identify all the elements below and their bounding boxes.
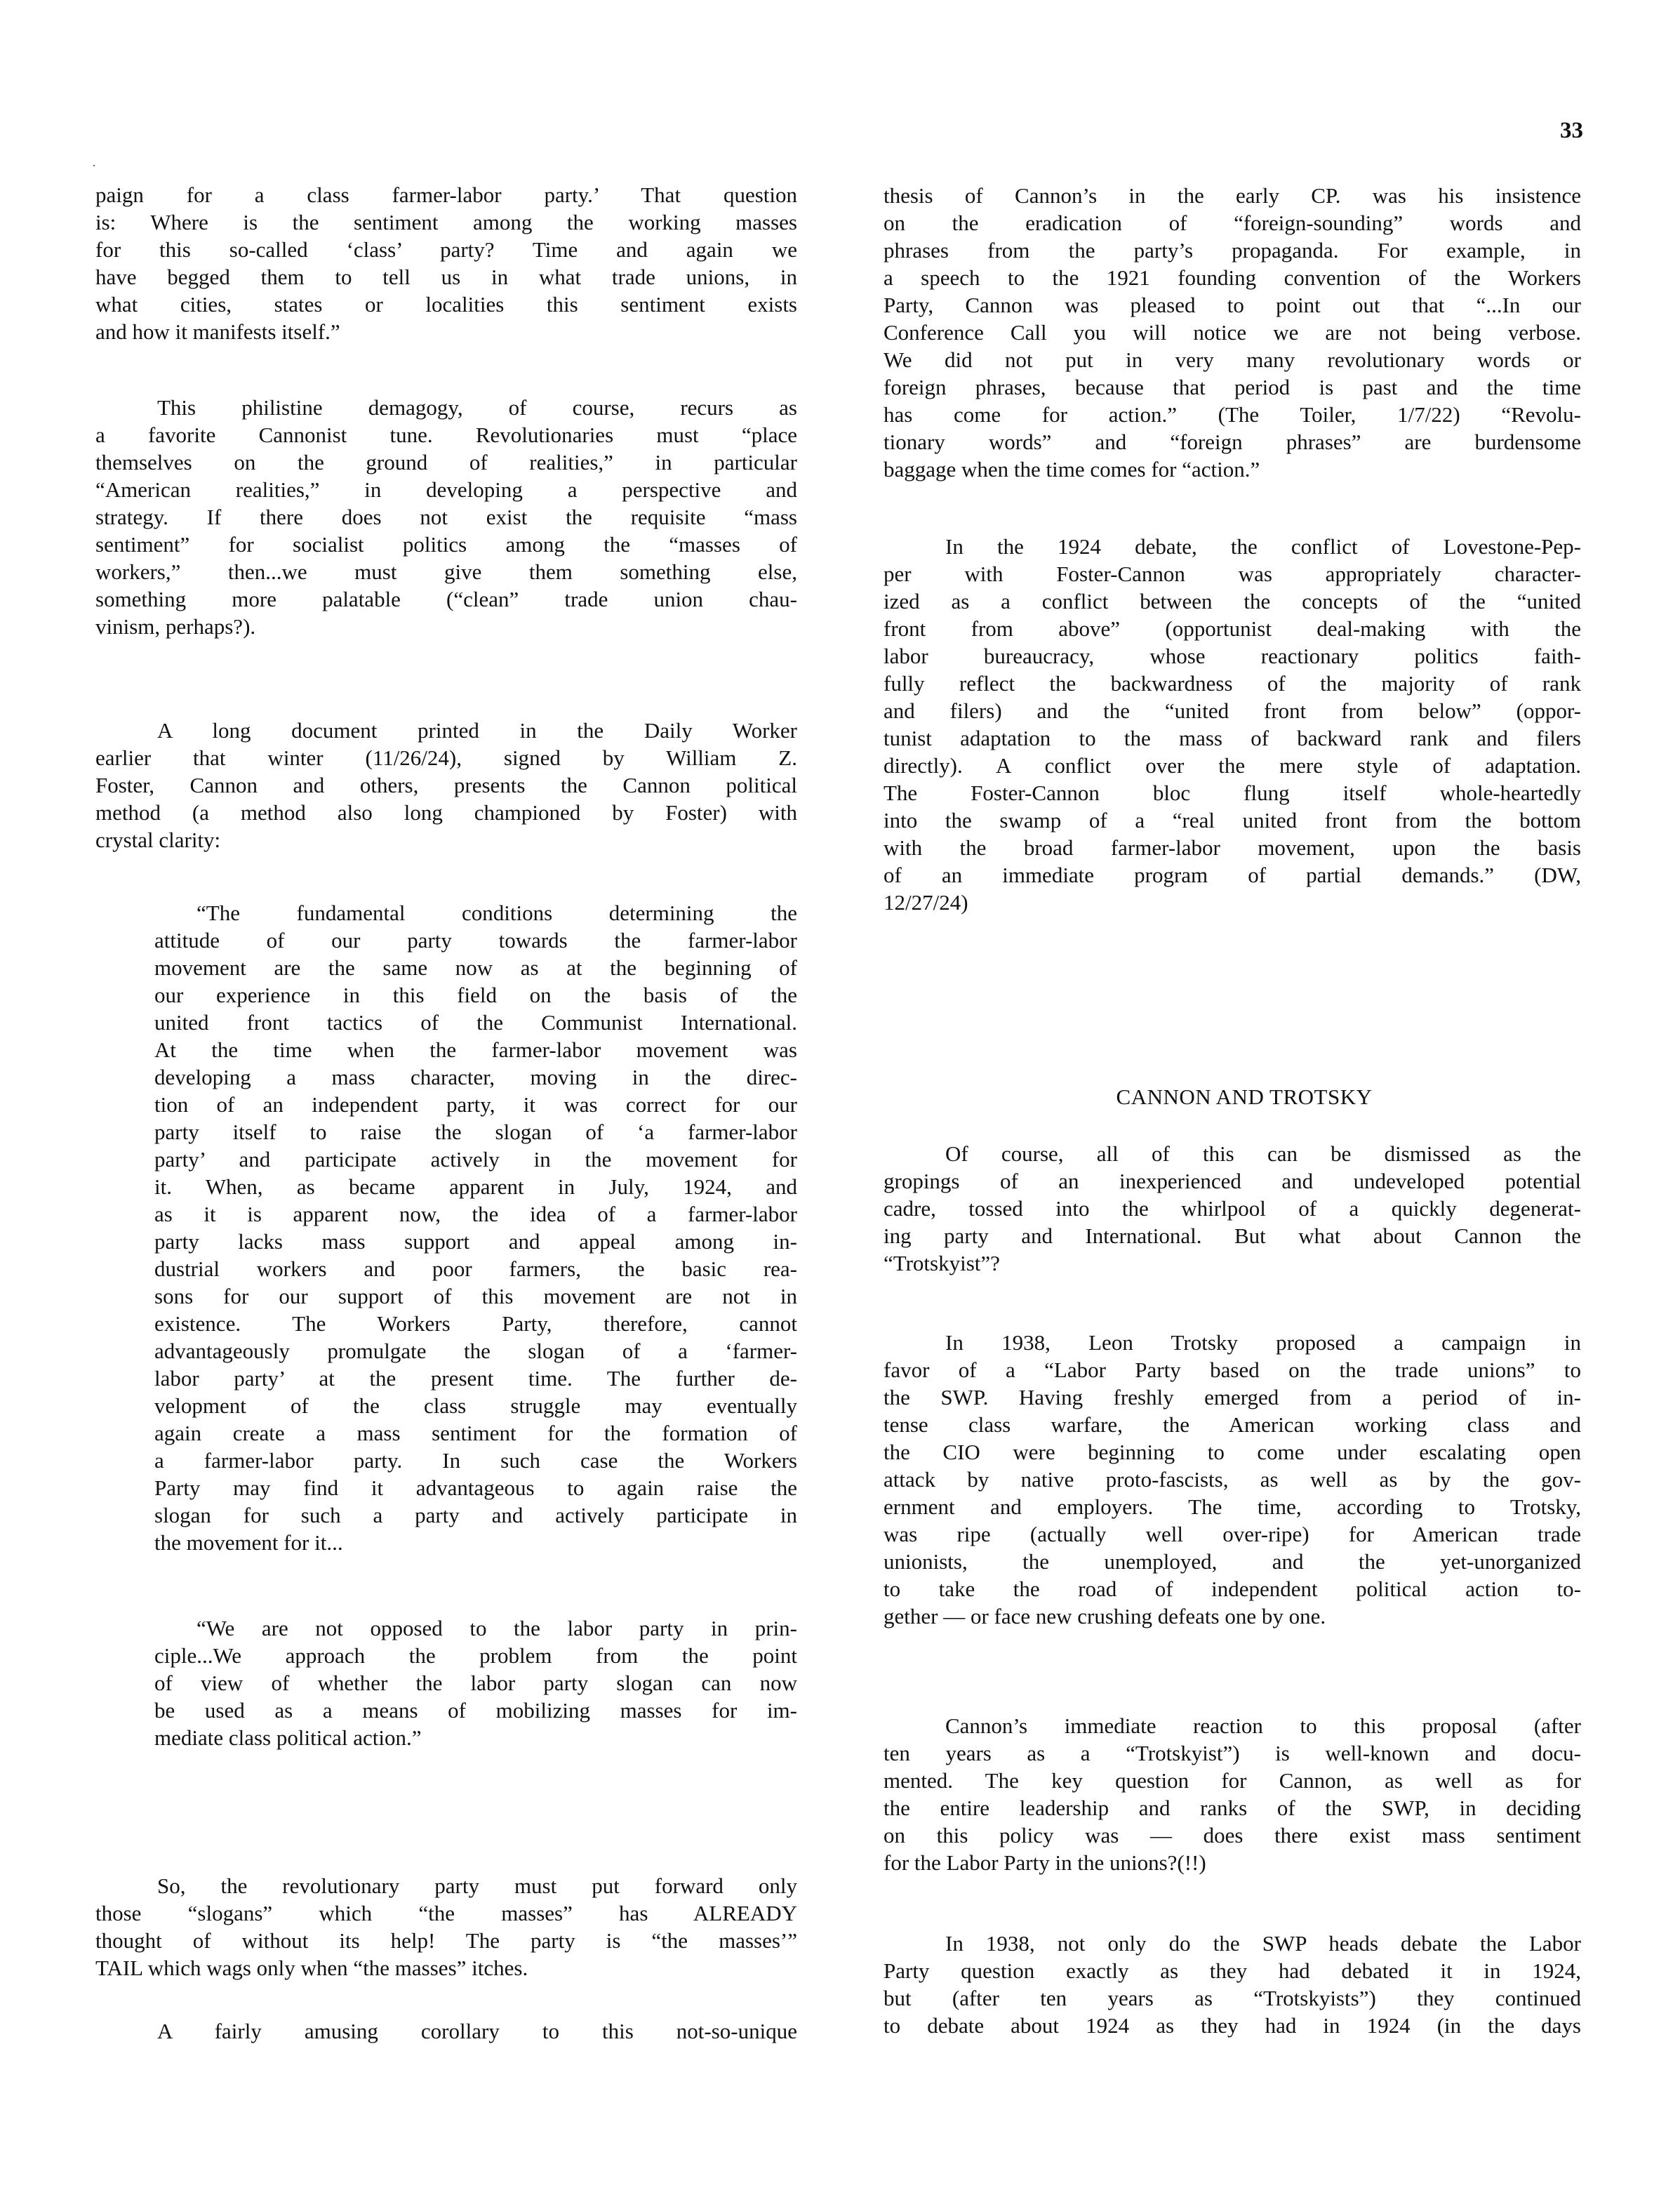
text-line: 12/27/24) xyxy=(884,889,1581,916)
text-line: of an immediate program of partial deman… xyxy=(884,861,1581,889)
text-line: fully reflect the backwardness of the ma… xyxy=(884,670,1581,697)
scan-speck xyxy=(93,165,95,166)
text-line: movement are the same now as at the begi… xyxy=(154,954,797,981)
text-line: themselves on the ground of realities,” … xyxy=(95,449,797,476)
text-line: A long document printed in the Daily Wor… xyxy=(95,717,797,744)
text-line: as it is apparent now, the idea of a far… xyxy=(154,1200,797,1228)
text-line: the CIO were beginning to come under esc… xyxy=(884,1438,1581,1466)
text-line: gether — or face new crushing defeats on… xyxy=(884,1603,1581,1630)
text-line: party lacks mass support and appeal amon… xyxy=(154,1228,797,1255)
text-line: those “slogans” which “the masses” has A… xyxy=(95,1899,797,1927)
paragraph: In the 1924 debate, the conflict of Love… xyxy=(884,533,1581,916)
paragraph: Cannon’s immediate reaction to this prop… xyxy=(884,1712,1581,1876)
text-line: for the Labor Party in the unions?(!!) xyxy=(884,1849,1581,1876)
text-line: of view of whether the labor party sloga… xyxy=(154,1669,797,1697)
text-line: tion of an independent party, it was cor… xyxy=(154,1091,797,1118)
text-line: labor party’ at the present time. The fu… xyxy=(154,1365,797,1392)
text-line: was ripe (actually well over-ripe) for A… xyxy=(884,1520,1581,1548)
text-line: strategy. If there does not exist the re… xyxy=(95,503,797,531)
text-line: to take the road of independent politica… xyxy=(884,1575,1581,1603)
text-line: gropings of an inexperienced and undevel… xyxy=(884,1167,1581,1195)
document-page: 33 paign for a class farmer-labor party.… xyxy=(0,0,1680,2209)
text-line: attack by native proto-fascists, as well… xyxy=(884,1466,1581,1493)
text-line: dustrial workers and poor farmers, the b… xyxy=(154,1255,797,1282)
text-line: party itself to raise the slogan of ‘a f… xyxy=(154,1118,797,1146)
text-line: “Trotskyist”? xyxy=(884,1249,1581,1277)
text-line: paign for a class farmer-labor party.’ T… xyxy=(95,181,797,208)
text-line: united front tactics of the Communist In… xyxy=(154,1009,797,1036)
text-line: but (after ten years as “Trotskyists”) t… xyxy=(884,1984,1581,2012)
text-line: tunist adaptation to the mass of backwar… xyxy=(884,724,1581,752)
text-line: the entire leadership and ranks of the S… xyxy=(884,1794,1581,1822)
text-line: tionary words” and “foreign phrases” are… xyxy=(884,428,1581,456)
paragraph: This philistine demagogy, of course, rec… xyxy=(95,394,797,640)
text-line: This philistine demagogy, of course, rec… xyxy=(95,394,797,421)
text-line: “The fundamental conditions determining … xyxy=(154,899,797,927)
text-line: developing a mass character, moving in t… xyxy=(154,1063,797,1091)
text-line: We did not put in very many revolutionar… xyxy=(884,346,1581,373)
text-line: phrases from the party’s propaganda. For… xyxy=(884,237,1581,264)
paragraph: Of course, all of this can be dismissed … xyxy=(884,1140,1581,1277)
text-line: the SWP. Having freshly emerged from a p… xyxy=(884,1384,1581,1411)
text-line: for this so-called ‘class’ party? Time a… xyxy=(95,236,797,263)
text-line: again create a mass sentiment for the fo… xyxy=(154,1419,797,1447)
paragraph: In 1938, Leon Trotsky proposed a campaig… xyxy=(884,1329,1581,1630)
text-line: ciple...We approach the problem from the… xyxy=(154,1642,797,1669)
text-line: ized as a conflict between the concepts … xyxy=(884,588,1581,615)
text-line: In the 1924 debate, the conflict of Love… xyxy=(884,533,1581,560)
text-line: advantageously promulgate the slogan of … xyxy=(154,1337,797,1365)
text-line: attitude of our party towards the farmer… xyxy=(154,927,797,954)
text-line: directly). A conflict over the mere styl… xyxy=(884,752,1581,779)
text-line: front from above” (opportunist deal-maki… xyxy=(884,615,1581,642)
text-line: So, the revolutionary party must put for… xyxy=(95,1872,797,1899)
text-line: Foster, Cannon and others, presents the … xyxy=(95,771,797,799)
text-line: to debate about 1924 as they had in 1924… xyxy=(884,2012,1581,2039)
text-line: Party question exactly as they had debat… xyxy=(884,1957,1581,1984)
text-line: vinism, perhaps?). xyxy=(95,613,797,640)
text-line: thesis of Cannon’s in the early CP. was … xyxy=(884,182,1581,209)
paragraph: A long document printed in the Daily Wor… xyxy=(95,717,797,854)
text-line: on the eradication of “foreign-sounding”… xyxy=(884,209,1581,237)
text-line: have begged them to tell us in what trad… xyxy=(95,263,797,291)
text-line: Cannon’s immediate reaction to this prop… xyxy=(884,1712,1581,1739)
text-line: what cities, states or localities this s… xyxy=(95,291,797,318)
text-line: velopment of the class struggle may even… xyxy=(154,1392,797,1419)
text-line: is: Where is the sentiment among the wor… xyxy=(95,208,797,236)
text-line: foreign phrases, because that period is … xyxy=(884,373,1581,401)
text-line: TAIL which wags only when “the masses” i… xyxy=(95,1954,797,1982)
page-number: 33 xyxy=(1544,117,1583,145)
block-quote: “The fundamental conditions determining … xyxy=(154,899,797,1556)
text-line: labor bureaucracy, whose reactionary pol… xyxy=(884,642,1581,670)
text-line: into the swamp of a “real united front f… xyxy=(884,807,1581,834)
text-line: method (a method also long championed by… xyxy=(95,799,797,826)
text-line: In 1938, Leon Trotsky proposed a campaig… xyxy=(884,1329,1581,1356)
text-line: “American realities,” in developing a pe… xyxy=(95,476,797,503)
text-line: per with Foster-Cannon was appropriately… xyxy=(884,560,1581,588)
paragraph: In 1938, not only do the SWP heads debat… xyxy=(884,1930,1581,2039)
text-line: existence. The Workers Party, therefore,… xyxy=(154,1310,797,1337)
section-heading: CANNON AND TROTSKY xyxy=(1088,1083,1401,1111)
text-line: something more palatable (“clean” trade … xyxy=(95,585,797,613)
text-line: mented. The key question for Cannon, as … xyxy=(884,1767,1581,1794)
paragraph: A fairly amusing corollary to this not-s… xyxy=(95,2017,797,2045)
paragraph: paign for a class farmer-labor party.’ T… xyxy=(95,181,797,345)
paragraph: thesis of Cannon’s in the early CP. was … xyxy=(884,182,1581,483)
text-line: workers,” then...we must give them somet… xyxy=(95,558,797,585)
text-line: a favorite Cannonist tune. Revolutionari… xyxy=(95,421,797,449)
text-line: sentiment” for socialist politics among … xyxy=(95,531,797,558)
paragraph: So, the revolutionary party must put for… xyxy=(95,1872,797,1982)
text-line: thought of without its help! The party i… xyxy=(95,1927,797,1954)
text-line: “We are not opposed to the labor party i… xyxy=(154,1614,797,1642)
text-line: on this policy was — does there exist ma… xyxy=(884,1822,1581,1849)
text-line: it. When, as became apparent in July, 19… xyxy=(154,1173,797,1200)
text-line: earlier that winter (11/26/24), signed b… xyxy=(95,744,797,771)
text-line: Party may find it advantageous to again … xyxy=(154,1474,797,1501)
text-line: slogan for such a party and actively par… xyxy=(154,1501,797,1529)
text-line: has come for action.” (The Toiler, 1/7/2… xyxy=(884,401,1581,428)
text-line: be used as a means of mobilizing masses … xyxy=(154,1697,797,1724)
text-line: Party, Cannon was pleased to point out t… xyxy=(884,291,1581,319)
text-line: Conference Call you will notice we are n… xyxy=(884,319,1581,346)
text-line: and how it manifests itself.” xyxy=(95,318,797,345)
text-line: crystal clarity: xyxy=(95,826,797,854)
text-line: our experience in this field on the basi… xyxy=(154,981,797,1009)
text-line: ernment and employers. The time, accordi… xyxy=(884,1493,1581,1520)
text-line: a farmer-labor party. In such case the W… xyxy=(154,1447,797,1474)
text-line: with the broad farmer-labor movement, up… xyxy=(884,834,1581,861)
text-line: The Foster-Cannon bloc flung itself whol… xyxy=(884,779,1581,807)
text-line: ten years as a “Trotskyist”) is well-kno… xyxy=(884,1739,1581,1767)
text-line: sons for our support of this movement ar… xyxy=(154,1282,797,1310)
text-line: A fairly amusing corollary to this not-s… xyxy=(95,2017,797,2045)
text-line: baggage when the time comes for “action.… xyxy=(884,456,1581,483)
text-line: mediate class political action.” xyxy=(154,1724,797,1751)
text-line: a speech to the 1921 founding convention… xyxy=(884,264,1581,291)
block-quote: “We are not opposed to the labor party i… xyxy=(154,1614,797,1751)
text-line: ing party and International. But what ab… xyxy=(884,1222,1581,1249)
text-line: In 1938, not only do the SWP heads debat… xyxy=(884,1930,1581,1957)
text-line: cadre, tossed into the whirlpool of a qu… xyxy=(884,1195,1581,1222)
text-line: At the time when the farmer-labor moveme… xyxy=(154,1036,797,1063)
text-line: tense class warfare, the American workin… xyxy=(884,1411,1581,1438)
text-line: favor of a “Labor Party based on the tra… xyxy=(884,1356,1581,1384)
text-line: party’ and participate actively in the m… xyxy=(154,1146,797,1173)
text-line: the movement for it... xyxy=(154,1529,797,1556)
text-line: Of course, all of this can be dismissed … xyxy=(884,1140,1581,1167)
text-line: unionists, the unemployed, and the yet-u… xyxy=(884,1548,1581,1575)
text-line: and filers) and the “united front from b… xyxy=(884,697,1581,724)
